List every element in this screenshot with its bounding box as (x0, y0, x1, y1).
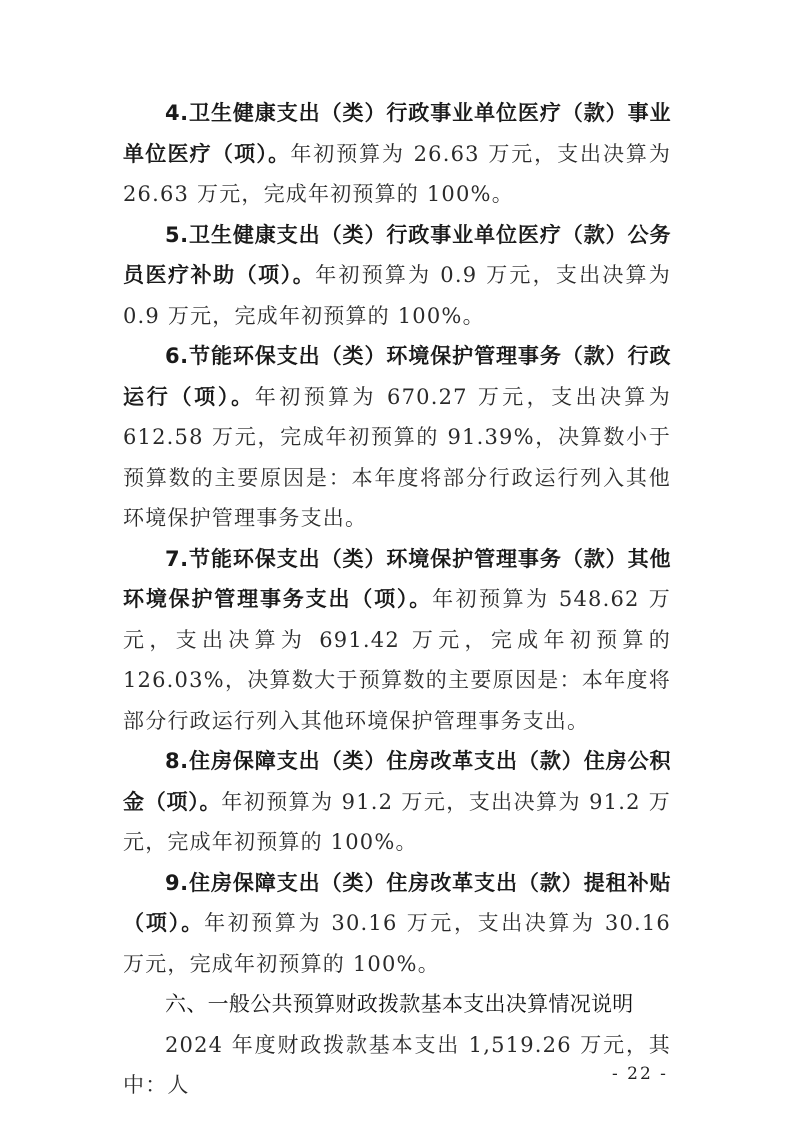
item-9-body: 年初预算为 30.16 万元，支出决算为 30.16 万元，完成年初预算的 10… (123, 911, 671, 976)
item-9-paragraph: 9.住房保障支出（类）住房改革支出（款）提租补贴（项）。年初预算为 30.16 … (123, 863, 671, 985)
item-7-number: 7. (165, 547, 189, 571)
item-8-number: 8. (165, 749, 189, 773)
item-5-number: 5. (165, 223, 189, 247)
item-6-paragraph: 6.节能环保支出（类）环境保护管理事务（款）行政运行（项）。年初预算为 670.… (123, 336, 671, 539)
item-8-paragraph: 8.住房保障支出（类）住房改革支出（款）住房公积金（项）。年初预算为 91.2 … (123, 741, 671, 863)
item-4-number: 4. (165, 101, 189, 125)
item-4-paragraph: 4.卫生健康支出（类）行政事业单位医疗（款）事业单位医疗（项）。年初预算为 26… (123, 93, 671, 215)
item-7-paragraph: 7.节能环保支出（类）环境保护管理事务（款）其他环境保护管理事务支出（项）。年初… (123, 539, 671, 742)
section-body-text: 2024 年度财政拨款基本支出 1,519.26 万元，其中：人 (123, 1033, 671, 1098)
item-6-number: 6. (165, 344, 189, 368)
section-heading: 六、一般公共预算财政拨款基本支出决算情况说明 (123, 984, 671, 1025)
item-9-number: 9. (165, 871, 189, 895)
section-body-paragraph: 2024 年度财政拨款基本支出 1,519.26 万元，其中：人 (123, 1025, 671, 1106)
page-number: - 22 - (612, 1064, 668, 1084)
item-5-paragraph: 5.卫生健康支出（类）行政事业单位医疗（款）公务员医疗补助（项）。年初预算为 0… (123, 215, 671, 337)
document-page: 4.卫生健康支出（类）行政事业单位医疗（款）事业单位医疗（项）。年初预算为 26… (123, 93, 671, 1106)
